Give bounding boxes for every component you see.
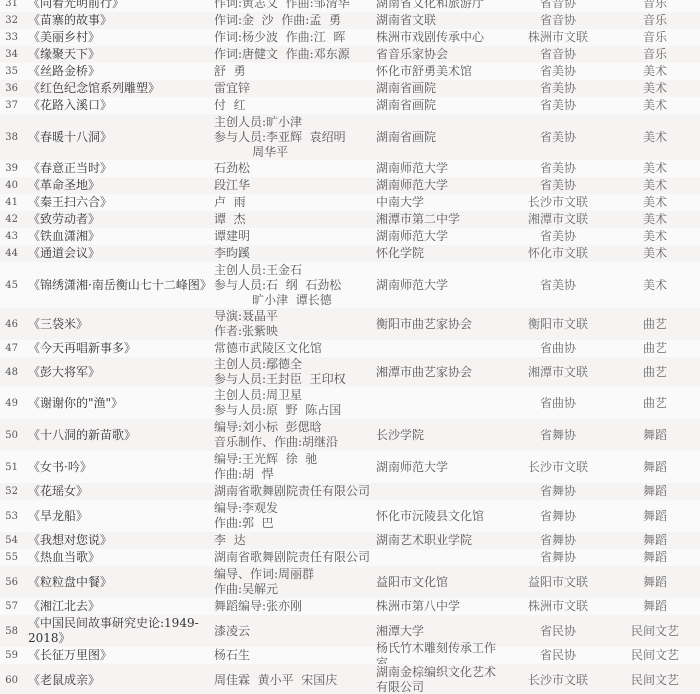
- unit-cell: 湖南师范大学: [372, 161, 502, 176]
- author-cell: 舞蹈编导:张亦刚: [212, 599, 372, 614]
- author-cell: 主创人员:王金石参与人员:石 纲 石劲松 旷小津 谭长德: [212, 263, 372, 308]
- row-number: 32: [0, 13, 20, 28]
- category-cell: 美术: [614, 178, 696, 193]
- work-title: 《铁血潇湘》: [20, 229, 212, 244]
- author-cell: 舒 勇: [212, 64, 372, 79]
- author-cell-line: 李 达: [214, 533, 372, 548]
- recommender-cell: 省曲协: [502, 341, 614, 356]
- recommender-cell: 长沙市文联: [502, 195, 614, 210]
- row-number: 55: [0, 550, 20, 565]
- author-cell-line: 主创人员:旷小津: [214, 115, 372, 130]
- row-number: 52: [0, 484, 20, 499]
- author-cell-line: 导演:聂晶平: [214, 309, 372, 324]
- recommender-cell: 长沙市文联: [502, 673, 614, 688]
- row-number: 47: [0, 341, 20, 356]
- author-cell-line: 音乐制作、作曲:胡继沿: [214, 435, 372, 450]
- row-number: 50: [0, 428, 20, 443]
- author-cell-line: 参与人员:李亚辉 袁绍明: [214, 130, 372, 145]
- author-cell-line: 谭建明: [214, 229, 372, 244]
- author-cell: 漆凌云: [212, 624, 372, 639]
- category-cell: 舞蹈: [614, 575, 696, 590]
- work-title: 《通道会议》: [20, 246, 212, 261]
- table-row: 42《致劳动者》谭 杰湘潭市第二中学湘潭市文联美术: [0, 211, 700, 228]
- row-number: 42: [0, 212, 20, 227]
- recommender-cell: 省美协: [502, 98, 614, 113]
- work-title: 《彭大将军》: [20, 365, 212, 380]
- row-number: 35: [0, 64, 20, 79]
- category-cell: 舞蹈: [614, 550, 696, 565]
- row-number: 54: [0, 533, 20, 548]
- author-cell-line: 作词:唐健文 作曲:邓东源: [214, 47, 372, 62]
- author-cell-line: 主创人员:周卫星: [214, 388, 372, 403]
- recommender-cell: 长沙市文联: [502, 460, 614, 475]
- recommender-cell: 省美协: [502, 278, 614, 293]
- table-row: 44《通道会议》李昀蹊怀化学院怀化市文联美术: [0, 245, 700, 262]
- category-cell: 美术: [614, 64, 696, 79]
- author-cell-line: 作曲:吴解元: [214, 582, 372, 597]
- work-title: 《丝路金桥》: [20, 64, 212, 79]
- work-title: 《粒粒盘中餐》: [20, 575, 212, 590]
- author-cell: 石劲松: [212, 161, 372, 176]
- category-cell: 民间文艺: [614, 673, 696, 688]
- unit-cell: 湘潭大学: [372, 624, 502, 639]
- table-row: 41《秦王扫六合》卢 雨中南大学长沙市文联美术: [0, 194, 700, 211]
- author-cell: 编导、作词:周丽群作曲:吴解元: [212, 567, 372, 597]
- unit-cell: 益阳市文化馆: [372, 575, 502, 590]
- unit-cell: 怀化学院: [372, 246, 502, 261]
- table-row: 37《花路入溪口》付 红湖南省画院省美协美术: [0, 97, 700, 114]
- work-title: 《花路入溪口》: [20, 98, 212, 113]
- author-cell-line: 作曲:胡 悍: [214, 467, 372, 482]
- author-cell-line: 漆凌云: [214, 624, 372, 639]
- unit-cell-line: 湖南艺术职业学院: [376, 533, 502, 548]
- row-number: 57: [0, 599, 20, 614]
- author-cell: 谭建明: [212, 229, 372, 244]
- category-cell: 音乐: [614, 47, 696, 62]
- recommender-cell: 怀化市文联: [502, 246, 614, 261]
- unit-cell: 怀化市舒勇美术馆: [372, 64, 502, 79]
- author-cell-line: 付 红: [214, 98, 372, 113]
- row-number: 46: [0, 317, 20, 332]
- category-cell: 曲艺: [614, 317, 696, 332]
- table-row: 31《向着光明前行》作词:黄志文 作曲:邹清华湖南省文化和旅游厅省音协音乐: [0, 0, 700, 12]
- author-cell-line: 作词:杨少波 作曲:江 晖: [214, 30, 372, 45]
- recommender-cell: 省音协: [502, 47, 614, 62]
- unit-cell-line: 怀化市沅陵县文化馆: [376, 509, 502, 524]
- work-title: 《热血当歌》: [20, 550, 212, 565]
- author-cell: 作词:黄志文 作曲:邹清华: [212, 0, 372, 11]
- author-cell: 卢 雨: [212, 195, 372, 210]
- unit-cell-line: 湖南省画院: [376, 98, 502, 113]
- recommender-cell: 省美协: [502, 64, 614, 79]
- category-cell: 美术: [614, 130, 696, 145]
- unit-cell-line: 湖南师范大学: [376, 178, 502, 193]
- author-cell: 作词:杨少波 作曲:江 晖: [212, 30, 372, 45]
- row-number: 34: [0, 47, 20, 62]
- author-cell-line: 石劲松: [214, 161, 372, 176]
- work-title: 《十八洞的新苗歌》: [20, 428, 212, 443]
- category-cell: 音乐: [614, 30, 696, 45]
- unit-cell-line: 怀化学院: [376, 246, 502, 261]
- works-table: 31《向着光明前行》作词:黄志文 作曲:邹清华湖南省文化和旅游厅省音协音乐32《…: [0, 0, 700, 694]
- row-number: 33: [0, 30, 20, 45]
- unit-cell-line: 湘潭大学: [376, 624, 502, 639]
- category-cell: 美术: [614, 229, 696, 244]
- author-cell-line: 旷小津 谭长德: [214, 293, 372, 308]
- work-title: 《老鼠成亲》: [20, 673, 212, 688]
- row-number: 56: [0, 575, 20, 590]
- table-row: 45《锦绣潇湘·南岳衡山七十二峰图》主创人员:王金石参与人员:石 纲 石劲松 旷…: [0, 262, 700, 308]
- work-title: 《革命圣地》: [20, 178, 212, 193]
- recommender-cell: 省美协: [502, 229, 614, 244]
- recommender-cell: 省民协: [502, 624, 614, 639]
- unit-cell: 中南大学: [372, 195, 502, 210]
- author-cell-line: 湖南省歌舞剧院责任有限公司: [214, 550, 372, 565]
- unit-cell: 株洲市第八中学: [372, 599, 502, 614]
- table-row: 60《老鼠成亲》周佳霖 黄小平 宋国庆湖南金棕编织文化艺术有限公司长沙市文联民间…: [0, 664, 700, 694]
- author-cell-line: 谭 杰: [214, 212, 372, 227]
- unit-cell: 湖南艺术职业学院: [372, 533, 502, 548]
- unit-cell-line: 湖南师范大学: [376, 161, 502, 176]
- recommender-cell: 湘潭市文联: [502, 212, 614, 227]
- author-cell-line: 编导:李观发: [214, 501, 372, 516]
- work-title: 《秦王扫六合》: [20, 195, 212, 210]
- table-row: 32《苗寨的故事》作词:金 沙 作曲:孟 勇湖南省文联省音协音乐: [0, 12, 700, 29]
- work-title: 《长征万里图》: [20, 648, 212, 663]
- category-cell: 音乐: [614, 0, 696, 11]
- row-number: 41: [0, 195, 20, 210]
- table-row: 52《花瑶女》湖南省歌舞剧院责任有限公司省舞协舞蹈: [0, 483, 700, 500]
- row-number: 39: [0, 161, 20, 176]
- work-title: 《美丽乡村》: [20, 30, 212, 45]
- category-cell: 美术: [614, 81, 696, 96]
- category-cell: 音乐: [614, 13, 696, 28]
- row-number: 38: [0, 130, 20, 145]
- recommender-cell: 省美协: [502, 161, 614, 176]
- author-cell-line: 周华平: [214, 145, 372, 160]
- table-row: 59《长征万里图》杨石生杨氏竹木雕刻传承工作室省民协民间文艺: [0, 647, 700, 664]
- unit-cell-line: 株洲市戏剧传承中心: [376, 30, 502, 45]
- author-cell: 谭 杰: [212, 212, 372, 227]
- category-cell: 美术: [614, 161, 696, 176]
- table-row: 50《十八洞的新苗歌》编导:刘小标 彭偲晗音乐制作、作曲:胡继沿长沙学院省舞协舞…: [0, 419, 700, 451]
- author-cell: 主创人员:旷小津参与人员:李亚辉 袁绍明 周华平: [212, 115, 372, 160]
- table-row: 47《今天再唱新事多》常德市武陵区文化馆省曲协曲艺: [0, 340, 700, 357]
- unit-cell: 湖南金棕编织文化艺术有限公司: [372, 665, 502, 694]
- work-title: 《旱龙船》: [20, 509, 212, 524]
- unit-cell-line: 有限公司: [376, 680, 502, 694]
- row-number: 60: [0, 673, 20, 688]
- category-cell: 舞蹈: [614, 533, 696, 548]
- author-cell-line: 常德市武陵区文化馆: [214, 341, 372, 356]
- recommender-cell: 省舞协: [502, 533, 614, 548]
- row-number: 44: [0, 246, 20, 261]
- author-cell: 雷宜锌: [212, 81, 372, 96]
- author-cell-line: 湖南省歌舞剧院责任有限公司: [214, 484, 372, 499]
- author-cell: 主创人员:周卫星参与人员:原 野 陈占国: [212, 388, 372, 418]
- category-cell: 曲艺: [614, 341, 696, 356]
- author-cell: 湖南省歌舞剧院责任有限公司: [212, 550, 372, 565]
- category-cell: 舞蹈: [614, 484, 696, 499]
- work-title: 《锦绣潇湘·南岳衡山七十二峰图》: [20, 278, 212, 293]
- author-cell-line: 卢 雨: [214, 195, 372, 210]
- author-cell: 段江华: [212, 178, 372, 193]
- author-cell-line: 舞蹈编导:张亦刚: [214, 599, 372, 614]
- author-cell-line: 编导:王光辉 徐 驰: [214, 452, 372, 467]
- table-row: 34《缘聚天下》作词:唐健文 作曲:邓东源省音乐家协会省音协音乐: [0, 46, 700, 63]
- table-row: 35《丝路金桥》舒 勇怀化市舒勇美术馆省美协美术: [0, 63, 700, 80]
- author-cell-line: 李昀蹊: [214, 246, 372, 261]
- row-number: 36: [0, 81, 20, 96]
- unit-cell-line: 湖南师范大学: [376, 229, 502, 244]
- work-title: 《缘聚天下》: [20, 47, 212, 62]
- work-title: 《我想对您说》: [20, 533, 212, 548]
- author-cell-line: 雷宜锌: [214, 81, 372, 96]
- unit-cell-line: 湘潭市第二中学: [376, 212, 502, 227]
- table-row: 40《革命圣地》段江华湖南师范大学省美协美术: [0, 177, 700, 194]
- author-cell: 李昀蹊: [212, 246, 372, 261]
- unit-cell-line: 湖南金棕编织文化艺术: [376, 665, 502, 680]
- work-title: 《致劳动者》: [20, 212, 212, 227]
- author-cell-line: 舒 勇: [214, 64, 372, 79]
- author-cell: 作词:金 沙 作曲:孟 勇: [212, 13, 372, 28]
- author-cell: 编导:刘小标 彭偲晗音乐制作、作曲:胡继沿: [212, 420, 372, 450]
- table-row: 53《旱龙船》编导:李观发作曲:郭 巴怀化市沅陵县文化馆省舞协舞蹈: [0, 500, 700, 532]
- row-number: 40: [0, 178, 20, 193]
- author-cell: 李 达: [212, 533, 372, 548]
- author-cell: 杨石生: [212, 648, 372, 663]
- table-row: 51《女书·吟》编导:王光辉 徐 驰作曲:胡 悍湖南师范大学长沙市文联舞蹈: [0, 451, 700, 483]
- unit-cell: 湘潭市曲艺家协会: [372, 365, 502, 380]
- unit-cell-line: 省音乐家协会: [376, 47, 502, 62]
- unit-cell-line: 衡阳市曲艺家协会: [376, 317, 502, 332]
- category-cell: 美术: [614, 98, 696, 113]
- category-cell: 舞蹈: [614, 509, 696, 524]
- recommender-cell: 省舞协: [502, 428, 614, 443]
- category-cell: 民间文艺: [614, 648, 696, 663]
- recommender-cell: 衡阳市文联: [502, 317, 614, 332]
- author-cell: 导演:聂晶平作者:张紫映: [212, 309, 372, 339]
- category-cell: 曲艺: [614, 365, 696, 380]
- author-cell-line: 主创人员:鄢德全: [214, 357, 372, 372]
- unit-cell-line: 益阳市文化馆: [376, 575, 502, 590]
- table-row: 55《热血当歌》湖南省歌舞剧院责任有限公司省舞协舞蹈: [0, 549, 700, 566]
- recommender-cell: 省美协: [502, 130, 614, 145]
- recommender-cell: 省曲协: [502, 396, 614, 411]
- recommender-cell: 省美协: [502, 81, 614, 96]
- category-cell: 美术: [614, 278, 696, 293]
- recommender-cell: 省美协: [502, 178, 614, 193]
- work-title: 《谢谢你的"渔"》: [20, 396, 212, 411]
- work-title: 《今天再唱新事多》: [20, 341, 212, 356]
- author-cell: 周佳霖 黄小平 宋国庆: [212, 673, 372, 688]
- work-title: 《花瑶女》: [20, 484, 212, 499]
- table-row: 39《春意正当时》石劲松湖南师范大学省美协美术: [0, 160, 700, 177]
- author-cell-line: 作曲:郭 巴: [214, 516, 372, 531]
- author-cell-line: 段江华: [214, 178, 372, 193]
- author-cell-line: 作词:黄志文 作曲:邹清华: [214, 0, 372, 11]
- work-title: 《春暖十八洞》: [20, 130, 212, 145]
- unit-cell: 湖南师范大学: [372, 178, 502, 193]
- row-number: 59: [0, 648, 20, 663]
- unit-cell: 省音乐家协会: [372, 47, 502, 62]
- work-title: 《向着光明前行》: [20, 0, 212, 11]
- category-cell: 舞蹈: [614, 599, 696, 614]
- recommender-cell: 省音协: [502, 13, 614, 28]
- table-row: 38《春暖十八洞》主创人员:旷小津参与人员:李亚辉 袁绍明 周华平湖南省画院省美…: [0, 114, 700, 160]
- row-number: 37: [0, 98, 20, 113]
- author-cell-line: 主创人员:王金石: [214, 263, 372, 278]
- recommender-cell: 省舞协: [502, 484, 614, 499]
- unit-cell-line: 湘潭市曲艺家协会: [376, 365, 502, 380]
- table-row: 36《红色纪念馆系列雕塑》雷宜锌湖南省画院省美协美术: [0, 80, 700, 97]
- unit-cell: 湖南师范大学: [372, 229, 502, 244]
- unit-cell: 湘潭市第二中学: [372, 212, 502, 227]
- table-row: 57《湘江北去》舞蹈编导:张亦刚株洲市第八中学株洲市文联舞蹈: [0, 598, 700, 615]
- unit-cell-line: 怀化市舒勇美术馆: [376, 64, 502, 79]
- author-cell: 作词:唐健文 作曲:邓东源: [212, 47, 372, 62]
- author-cell: 付 红: [212, 98, 372, 113]
- table-row: 33《美丽乡村》作词:杨少波 作曲:江 晖株洲市戏剧传承中心株洲市文联音乐: [0, 29, 700, 46]
- recommender-cell: 株洲市文联: [502, 30, 614, 45]
- unit-cell-line: 湖南省画院: [376, 81, 502, 96]
- unit-cell-line: 湖南省文化和旅游厅: [376, 0, 502, 11]
- row-number: 48: [0, 365, 20, 380]
- author-cell: 主创人员:鄢德全参与人员:王封臣 王印权: [212, 357, 372, 387]
- unit-cell: 湖南师范大学: [372, 278, 502, 293]
- category-cell: 美术: [614, 195, 696, 210]
- work-title: 《中国民间故事研究史论:1949-2018》: [20, 616, 212, 646]
- author-cell-line: 编导:刘小标 彭偲晗: [214, 420, 372, 435]
- recommender-cell: 株洲市文联: [502, 599, 614, 614]
- row-number: 45: [0, 278, 20, 293]
- category-cell: 民间文艺: [614, 624, 696, 639]
- table-row: 54《我想对您说》李 达湖南艺术职业学院省舞协舞蹈: [0, 532, 700, 549]
- table-row: 56《粒粒盘中餐》编导、作词:周丽群作曲:吴解元益阳市文化馆益阳市文联舞蹈: [0, 566, 700, 598]
- unit-cell-line: 湖南师范大学: [376, 460, 502, 475]
- row-number: 53: [0, 509, 20, 524]
- table-row: 46《三袋米》导演:聂晶平作者:张紫映衡阳市曲艺家协会衡阳市文联曲艺: [0, 308, 700, 340]
- work-title: 《女书·吟》: [20, 460, 212, 475]
- table-row: 49《谢谢你的"渔"》主创人员:周卫星参与人员:原 野 陈占国省曲协曲艺: [0, 387, 700, 419]
- author-cell: 常德市武陵区文化馆: [212, 341, 372, 356]
- unit-cell-line: 中南大学: [376, 195, 502, 210]
- author-cell-line: 参与人员:王封臣 王印权: [214, 372, 372, 387]
- row-number: 31: [0, 0, 20, 11]
- author-cell-line: 周佳霖 黄小平 宋国庆: [214, 673, 372, 688]
- unit-cell-line: 长沙学院: [376, 428, 502, 443]
- author-cell-line: 作者:张紫映: [214, 324, 372, 339]
- category-cell: 舞蹈: [614, 460, 696, 475]
- work-title: 《苗寨的故事》: [20, 13, 212, 28]
- recommender-cell: 湘潭市文联: [502, 365, 614, 380]
- recommender-cell: 省音协: [502, 0, 614, 11]
- unit-cell-line: 湖南师范大学: [376, 278, 502, 293]
- row-number: 51: [0, 460, 20, 475]
- recommender-cell: 省舞协: [502, 550, 614, 565]
- work-title: 《三袋米》: [20, 317, 212, 332]
- unit-cell-line: 湖南省文联: [376, 13, 502, 28]
- category-cell: 美术: [614, 212, 696, 227]
- work-title: 《春意正当时》: [20, 161, 212, 176]
- work-title: 《红色纪念馆系列雕塑》: [20, 81, 212, 96]
- unit-cell-line: 株洲市第八中学: [376, 599, 502, 614]
- author-cell-line: 作词:金 沙 作曲:孟 勇: [214, 13, 372, 28]
- table-row: 48《彭大将军》主创人员:鄢德全参与人员:王封臣 王印权湘潭市曲艺家协会湘潭市文…: [0, 357, 700, 387]
- category-cell: 美术: [614, 246, 696, 261]
- work-title: 《湘江北去》: [20, 599, 212, 614]
- unit-cell: 湖南省文联: [372, 13, 502, 28]
- unit-cell: 衡阳市曲艺家协会: [372, 317, 502, 332]
- unit-cell: 湖南省画院: [372, 130, 502, 145]
- unit-cell: 长沙学院: [372, 428, 502, 443]
- unit-cell: 株洲市戏剧传承中心: [372, 30, 502, 45]
- category-cell: 舞蹈: [614, 428, 696, 443]
- category-cell: 曲艺: [614, 396, 696, 411]
- author-cell: 湖南省歌舞剧院责任有限公司: [212, 484, 372, 499]
- unit-cell: 湖南省画院: [372, 98, 502, 113]
- unit-cell-line: 湖南省画院: [376, 130, 502, 145]
- recommender-cell: 益阳市文联: [502, 575, 614, 590]
- unit-cell: 湖南省画院: [372, 81, 502, 96]
- table-row: 58《中国民间故事研究史论:1949-2018》漆凌云湘潭大学省民协民间文艺: [0, 615, 700, 647]
- author-cell-line: 参与人员:石 纲 石劲松: [214, 278, 372, 293]
- author-cell-line: 杨石生: [214, 648, 372, 663]
- author-cell-line: 参与人员:原 野 陈占国: [214, 403, 372, 418]
- recommender-cell: 省舞协: [502, 509, 614, 524]
- table-row: 43《铁血潇湘》谭建明湖南师范大学省美协美术: [0, 228, 700, 245]
- unit-cell: 怀化市沅陵县文化馆: [372, 509, 502, 524]
- author-cell: 编导:李观发作曲:郭 巴: [212, 501, 372, 531]
- recommender-cell: 省民协: [502, 648, 614, 663]
- row-number: 49: [0, 396, 20, 411]
- unit-cell: 湖南师范大学: [372, 460, 502, 475]
- unit-cell: 湖南省文化和旅游厅: [372, 0, 502, 11]
- row-number: 43: [0, 229, 20, 244]
- author-cell-line: 编导、作词:周丽群: [214, 567, 372, 582]
- author-cell: 编导:王光辉 徐 驰作曲:胡 悍: [212, 452, 372, 482]
- row-number: 58: [0, 624, 20, 639]
